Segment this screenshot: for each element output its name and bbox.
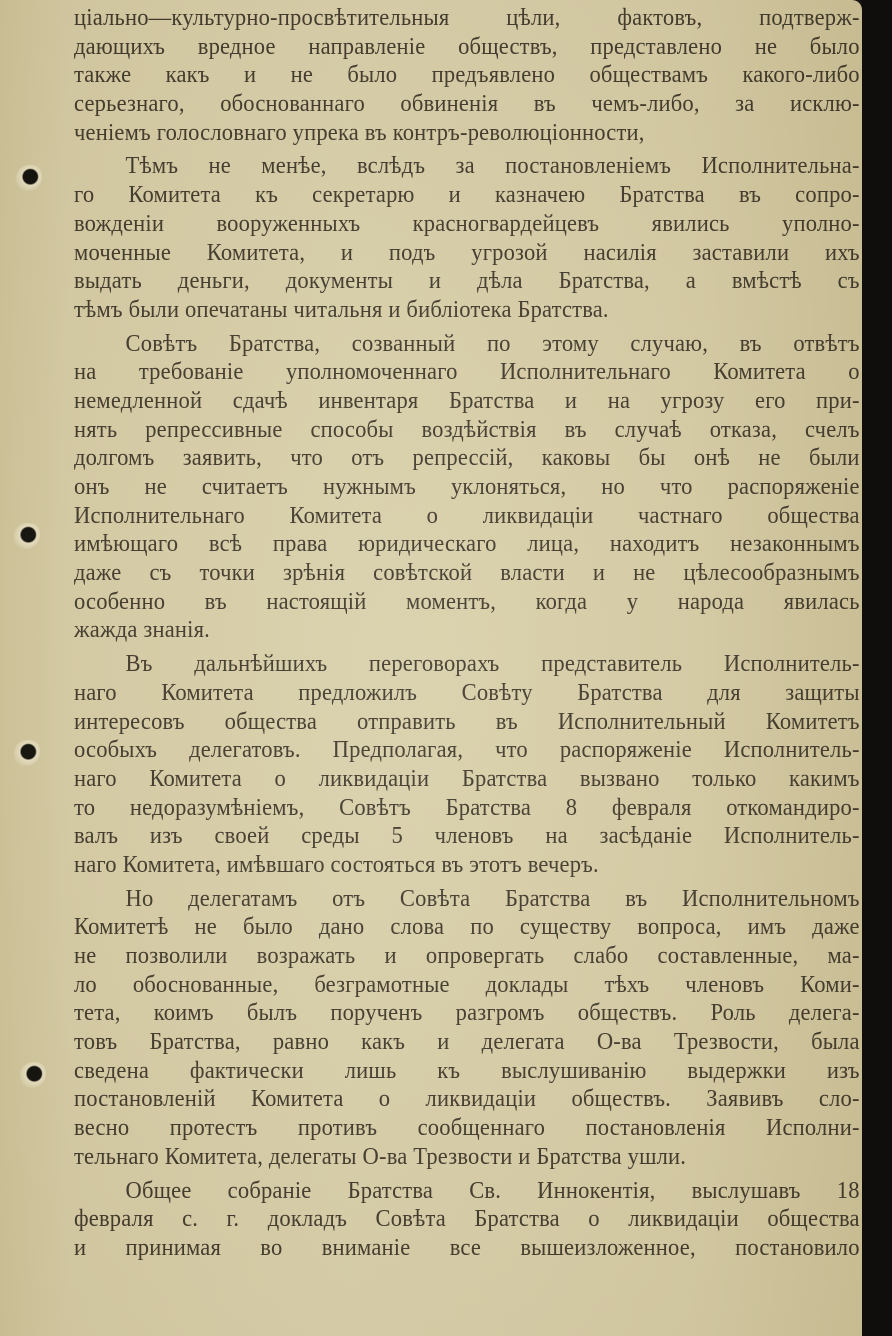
text-line: тета, коимъ былъ порученъ разгромъ общес… <box>74 999 860 1028</box>
text-line: моченные Комитета, и подъ угрозой насилі… <box>74 239 860 268</box>
text-line: серьезнаго, обоснованнаго обвиненія въ ч… <box>74 90 860 119</box>
binding-hole-3 <box>14 740 40 766</box>
text-line: особенно въ настоящій моментъ, когда у н… <box>74 588 860 617</box>
text-line: имѣющаго всѣ права юридическаго лица, на… <box>74 530 860 559</box>
text-line: Но делегатамъ отъ Совѣта Братства въ Исп… <box>74 885 860 914</box>
binding-hole-4 <box>20 1062 46 1088</box>
paragraph: Общее собраніе Братства Св. Иннокентія, … <box>74 1177 862 1263</box>
text-line: тѣмъ были опечатаны читальня и библіотек… <box>74 296 860 325</box>
text-line: ло обоснованные, безграмотные доклады тѣ… <box>74 971 860 1000</box>
text-line: и принимая во вниманіе все вышеизложенно… <box>74 1234 860 1263</box>
text-line: товъ Братства, равно какъ и делегата О-в… <box>74 1028 860 1057</box>
scanned-page: ціально—культурно-просвѣтительныя цѣли, … <box>0 0 862 1336</box>
text-line: интересовъ общества отправить въ Исполни… <box>74 708 860 737</box>
text-line: жажда знанія. <box>74 616 860 645</box>
text-line: ціально—культурно-просвѣтительныя цѣли, … <box>74 4 860 33</box>
text-line: на требованіе уполномоченнаго Исполнител… <box>74 358 860 387</box>
text-line: Тѣмъ не менѣе, вслѣдъ за постановленіемъ… <box>74 152 860 181</box>
text-line: февраля с. г. докладъ Совѣта Братства о … <box>74 1205 860 1234</box>
text-line: Совѣтъ Братства, созванный по этому случ… <box>74 330 860 359</box>
text-line: немедленной сдачѣ инвентаря Братства и н… <box>74 387 860 416</box>
text-line: наго Комитета о ликвидаціи Братства вызв… <box>74 765 860 794</box>
text-line: вожденіи вооруженныхъ красногвардейцевъ … <box>74 210 860 239</box>
paragraph: Въ дальнѣйшихъ переговорахъ представител… <box>74 650 862 880</box>
binding-hole-1 <box>16 165 42 191</box>
paragraph: ціально—культурно-просвѣтительныя цѣли, … <box>74 4 862 147</box>
text-line: выдать деньги, документы и дѣла Братства… <box>74 267 860 296</box>
text-line: Общее собраніе Братства Св. Иннокентія, … <box>74 1177 860 1206</box>
paragraph: Тѣмъ не менѣе, вслѣдъ за постановленіемъ… <box>74 152 862 324</box>
text-line: то недоразумѣніемъ, Совѣтъ Братства 8 фе… <box>74 794 860 823</box>
book-binding-shadow <box>862 0 892 1336</box>
text-line: нять репрессивные способы воздѣйствія въ… <box>74 416 860 445</box>
text-line: также какъ и не было предъявлено обществ… <box>74 61 860 90</box>
text-line: дающихъ вредное направленіе обществъ, пр… <box>74 33 860 62</box>
text-line: даже съ точки зрѣнія совѣтской власти и … <box>74 559 860 588</box>
text-line: не позволили возражать и опровергать сла… <box>74 942 860 971</box>
text-line: сведена фактически лишь къ выслушиванію … <box>74 1057 860 1086</box>
text-line: го Комитета къ секретарю и казначею Брат… <box>74 181 860 210</box>
text-line: весно протестъ противъ сообщеннаго поста… <box>74 1114 860 1143</box>
binding-hole-2 <box>14 523 40 549</box>
text-line: Комитетѣ не было дано слова по существу … <box>74 913 860 942</box>
text-line: наго Комитета предложилъ Совѣту Братства… <box>74 679 860 708</box>
text-line: валъ изъ своей среды 5 членовъ на засѣда… <box>74 822 860 851</box>
paragraph: Но делегатамъ отъ Совѣта Братства въ Исп… <box>74 885 862 1172</box>
text-line: постановленій Комитета о ликвидаціи обще… <box>74 1085 860 1114</box>
text-line: Исполнительнаго Комитета о ликвидаціи ча… <box>74 502 860 531</box>
text-line: наго Комитета, имѣвшаго состояться въ эт… <box>74 851 860 880</box>
text-line: тельнаго Комитета, делегаты О-ва Трезвос… <box>74 1143 860 1172</box>
page-body-text: ціально—культурно-просвѣтительныя цѣли, … <box>74 4 862 1263</box>
text-line: ченіемъ голословнаго упрека въ контръ-ре… <box>74 119 860 148</box>
text-line: особыхъ делегатовъ. Предполагая, что рас… <box>74 736 860 765</box>
paragraph: Совѣтъ Братства, созванный по этому случ… <box>74 330 862 646</box>
text-line: онъ не считаетъ нужнымъ уклоняться, но ч… <box>74 473 860 502</box>
text-line: долгомъ заявить, что отъ репрессій, како… <box>74 444 860 473</box>
text-line: Въ дальнѣйшихъ переговорахъ представител… <box>74 650 860 679</box>
